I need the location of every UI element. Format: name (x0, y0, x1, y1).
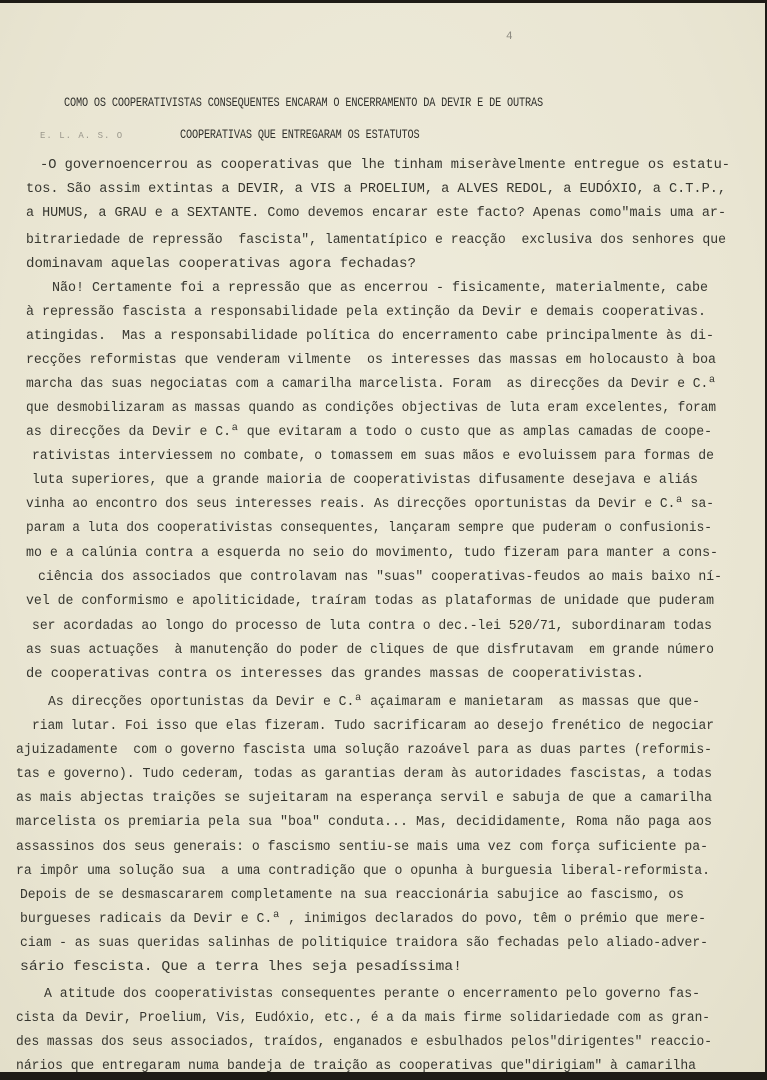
page-number: 4 (506, 31, 513, 43)
text-line: ciam - as suas queridas salinhas de poli… (20, 935, 708, 951)
text-line: mo e a calúnia contra a esquerda no seio… (26, 545, 718, 561)
text-line: tos. São assim extintas a DEVIR, a VIS a… (26, 181, 726, 197)
text-line: à repressão fascista a responsabilidade … (26, 304, 706, 320)
text-line: rativistas interviessem no combate, o to… (32, 448, 714, 464)
faint-stamp: E. L. A. S. O (40, 131, 123, 141)
text-line: atingidas. Mas a responsabilidade políti… (26, 328, 714, 344)
text-line: a HUMUS, a GRAU e a SEXTANTE. Como devem… (26, 205, 726, 221)
text-line: marcelista os premiaria pela sua "boa" c… (16, 814, 712, 830)
text-line: ser acordadas ao longo do processo de lu… (32, 618, 712, 634)
text-line: de cooperativas contra os interesses das… (26, 666, 644, 682)
text-line: as mais abjectas traições se sujeitaram … (16, 790, 712, 806)
text-line: as suas actuações à manutenção do poder … (26, 642, 714, 658)
text-line: ajuizadamente com o governo fascista uma… (16, 742, 712, 758)
text-line: bitrariedade de repressão fascista", lam… (26, 232, 726, 248)
text-line: vinha ao encontro dos seus interesses re… (26, 496, 714, 512)
text-line: ra impôr uma solução sua a uma contradiç… (16, 863, 710, 879)
text-line: marcha das suas negociatas com a camaril… (26, 376, 716, 392)
text-line: burgueses radicais da Devir e C.ª , inim… (20, 911, 706, 927)
text-line: param a luta dos cooperativistas consequ… (26, 520, 712, 536)
document-title-line-2: COOPERATIVAS QUE ENTREGARAM OS ESTATUTOS (180, 128, 419, 142)
text-line: sário fescista. Que a terra lhes seja pe… (20, 959, 462, 975)
text-line: des massas dos seus associados, traídos,… (16, 1034, 712, 1050)
text-line: cista da Devir, Proelium, Vis, Eudóxio, … (16, 1010, 710, 1026)
document-title-line-1: COMO OS COOPERATIVISTAS CONSEQUENTES ENC… (64, 96, 543, 110)
text-line: dominavam aquelas cooperativas agora fec… (26, 256, 416, 272)
text-line: assassinos dos seus generais: o fascismo… (16, 839, 708, 855)
text-line: -O governoencerrou as cooperativas que l… (40, 157, 730, 173)
text-line: luta superiores, que a grande maioria de… (32, 472, 698, 488)
text-line: tas e governo). Tudo cederam, todas as g… (16, 766, 712, 782)
text-line: A atitude dos cooperativistas consequent… (44, 986, 700, 1002)
text-line: ciência dos associados que controlavam n… (38, 569, 722, 585)
text-line: vel de conformismo e apoliticidade, traí… (26, 593, 714, 609)
text-line: As direcções oportunistas da Devir e C.ª… (48, 694, 700, 710)
text-line: que desmobilizaram as massas quando as c… (26, 400, 716, 416)
typewritten-page: 4 COMO OS COOPERATIVISTAS CONSEQUENTES E… (0, 3, 765, 1072)
text-line: as direcções da Devir e C.ª que evitaram… (26, 424, 712, 440)
text-line: Depois de se desmascararem completamente… (20, 887, 684, 903)
text-line: nários que entregaram numa bandeja de tr… (16, 1058, 696, 1074)
text-line: Não! Certamente foi a repressão que as e… (52, 280, 708, 296)
text-line: riam lutar. Foi isso que elas fizeram. T… (32, 718, 714, 734)
text-line: recções reformistas que venderam vilment… (26, 352, 716, 368)
